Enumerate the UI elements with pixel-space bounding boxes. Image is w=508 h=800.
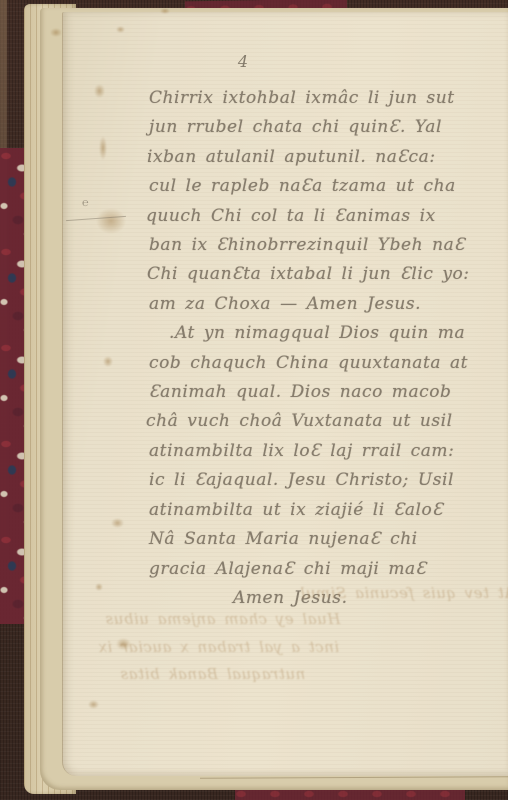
foxing-stain — [99, 136, 107, 160]
showthrough-line: inct a yal traban x auciar ix — [98, 638, 339, 656]
manuscript-line: Ɛanimah qual. Dios naco macob — [149, 378, 501, 407]
manuscript-line: cob chaquch China quuxtanata at — [149, 349, 501, 378]
manuscript-line: .At yn nimagqual Dios quin ma — [169, 319, 501, 348]
foxing-stain — [96, 208, 126, 234]
pencil-margin-mark: ℮ — [82, 196, 89, 209]
manuscript-photo: 4 Chirrix ixtohbal ixmâc li jun sut jun … — [0, 0, 508, 800]
manuscript-line: jun rrubel chata chi quinƐ. Yal — [149, 113, 501, 142]
manuscript-page: 4 Chirrix ixtohbal ixmâc li jun sut jun … — [62, 12, 508, 776]
foxing-stain — [116, 26, 125, 33]
manuscript-line: ban ix Ɛhinobrrezinquil Ybeh naƐ — [149, 231, 501, 260]
foxing-stain — [50, 28, 62, 37]
foxing-stain — [88, 700, 99, 709]
foxing-stain — [103, 356, 113, 367]
foxing-stain — [94, 84, 105, 98]
manuscript-line: quuch Chi col ta li Ɛanimas ix — [146, 202, 501, 231]
foxing-stain — [116, 638, 131, 650]
manuscript-line: atinambilta lix loƐ laj rrail cam: — [149, 437, 501, 466]
manuscript-line: Chi quanƐta ixtabal li jun Ɛlic yo: — [147, 260, 501, 289]
manuscript-line: Nâ Santa Maria nujenaƐ chi — [149, 525, 501, 554]
manuscript-line: gracia AlajenaƐ chi maji maƐ — [149, 555, 501, 584]
showthrough-line: nutraqual Banak bitas — [120, 665, 305, 683]
foxing-stain — [160, 8, 170, 14]
page-number: 4 — [231, 52, 255, 71]
foxing-stain — [95, 583, 103, 591]
manuscript-line: am za Choxa — Amen Jesus. — [149, 290, 501, 319]
manuscript-line: atinambilta ut ix ziajié li ƐaloƐ — [149, 496, 501, 525]
showthrough-line: At tev quis fecunia Simul — [300, 584, 508, 602]
handwritten-text-block: Chirrix ixtohbal ixmâc li jun sut jun rr… — [149, 84, 501, 613]
manuscript-line: ic li Ɛajaqual. Jesu Christo; Usil — [149, 466, 501, 495]
manuscript-line: cul le rapleb naƐa tzama ut cha — [149, 172, 501, 201]
manuscript-line: ixban atulanil aputunil. naƐca: — [147, 143, 501, 172]
manuscript-line: châ vuch choâ Vuxtanata ut usil — [146, 407, 501, 436]
foxing-stain — [111, 518, 124, 528]
manuscript-line: Chirrix ixtohbal ixmâc li jun sut — [149, 84, 501, 113]
showthrough-line: Hual ey cham anjema uibus — [105, 610, 340, 628]
